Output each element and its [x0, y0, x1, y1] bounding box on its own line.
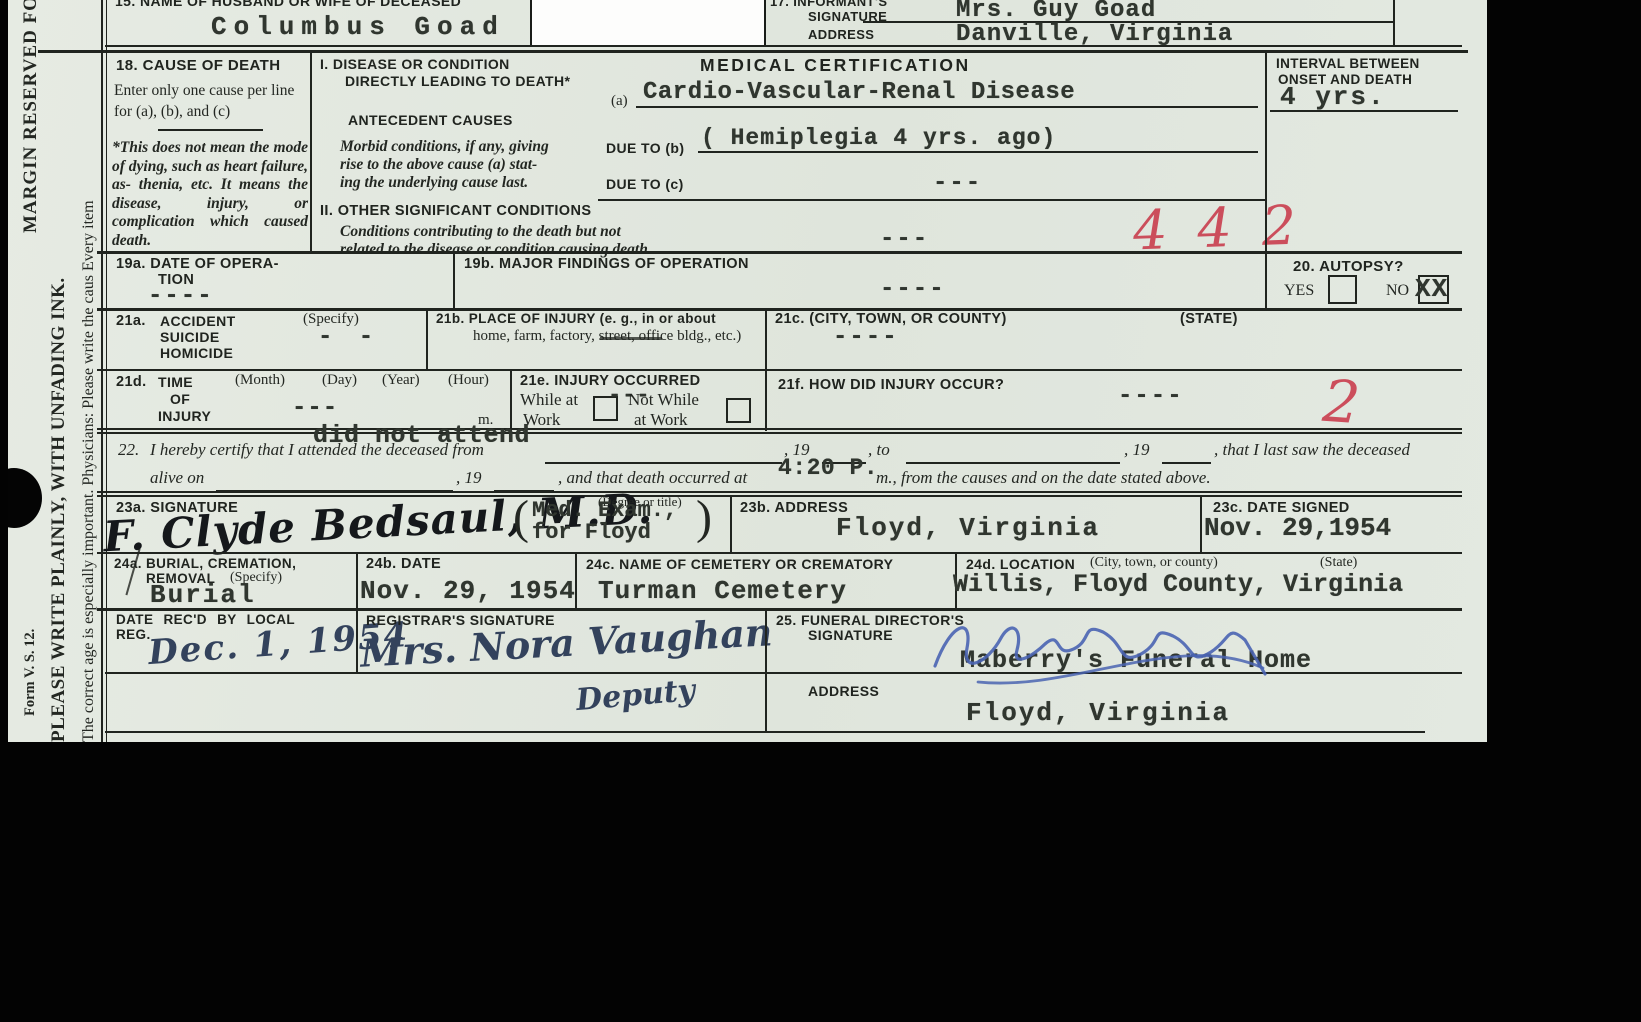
- due-to-c-value: ---: [933, 170, 982, 197]
- overtype-paren-open: (: [513, 490, 529, 545]
- how-injury-occur-value: ----: [1118, 383, 1184, 410]
- divider: [765, 609, 767, 733]
- overstrike-mark: [600, 337, 662, 340]
- other-conditions-note1: Conditions contributing to the death but…: [340, 223, 621, 241]
- certify-text-2a: alive on: [150, 468, 204, 488]
- interval-value: 4 yrs.: [1280, 82, 1386, 112]
- burial-cremation-label1: 24a. BURIAL, CREMATION,: [114, 556, 296, 571]
- certify-text-2c: , and that death occurred at: [558, 468, 747, 488]
- rule: [97, 369, 1462, 371]
- month-label: (Month): [235, 372, 285, 389]
- due-to-c-label: DUE TO (c): [606, 176, 684, 192]
- burial-date-value: Nov. 29, 1954: [360, 576, 576, 606]
- due-to-b-value: ( Hemiplegia 4 yrs. ago): [701, 125, 1056, 151]
- rule: [906, 462, 1120, 464]
- not-while-at-work-checkbox: [726, 398, 751, 423]
- time-label: TIME: [158, 374, 193, 390]
- informant-address-value: Danville, Virginia: [956, 21, 1233, 48]
- not-while-label: Not While: [628, 390, 699, 410]
- item21d-number: 21d.: [116, 374, 147, 390]
- form-number: Form V. S. 12.: [22, 629, 39, 716]
- rule: [1270, 110, 1458, 112]
- at-work-label: at Work: [634, 410, 688, 430]
- registrar-title-value: Deputy: [575, 673, 697, 718]
- certify-text-2d: m., from the causes and on the date stat…: [876, 468, 1211, 488]
- divider: [426, 310, 428, 370]
- divider: [575, 553, 577, 608]
- informant-header: 17. INFORMANT'S: [770, 0, 887, 9]
- scanned-death-certificate: MARGIN RESERVED FOR BI PLEASE WRITE PLAI…: [0, 0, 1641, 1022]
- location-state-label: (State): [1320, 555, 1357, 571]
- time-of-death-value: 4:20 P.: [778, 455, 878, 481]
- funeral-address-value: Floyd, Virginia: [966, 698, 1230, 728]
- while-at-label: While at: [520, 390, 578, 410]
- autopsy-no-mark: XX: [1415, 274, 1448, 304]
- date-of-operation-value: ----: [148, 283, 214, 310]
- heavy-rule: [38, 50, 1468, 54]
- cause-of-death-title: 18. CAUSE OF DEATH: [116, 57, 280, 74]
- heavy-rule: [97, 251, 1462, 254]
- handwritten-code-2: 2: [1321, 367, 1363, 437]
- husband-wife-label: 15. NAME OF HUSBAND OR WIFE OF DECEASED: [115, 0, 461, 9]
- rule: [97, 491, 1462, 493]
- did-not-attend-overtype: did not attend: [313, 421, 530, 450]
- due-to-b-label: DUE TO (b): [606, 140, 684, 156]
- rule: [636, 106, 1258, 108]
- rule: [698, 151, 1258, 153]
- funeral-director-signature: [923, 594, 1273, 694]
- item22-number: 22.: [118, 440, 139, 460]
- antecedent-causes-label: ANTECEDENT CAUSES: [348, 112, 513, 128]
- rule: [105, 731, 1425, 733]
- year-label: (Year): [382, 372, 420, 389]
- item21a-number: 21a.: [116, 313, 146, 329]
- time-of-injury-value: ---: [292, 395, 338, 422]
- place-of-injury-label1: 21b. PLACE OF INJURY (e. g., in or about: [436, 311, 716, 326]
- cemetery-value: Turman Cemetery: [598, 576, 847, 606]
- margin-rule-outer: [101, 0, 103, 742]
- divider: [765, 310, 767, 370]
- margin-inner-text: The correct age is especially important.…: [80, 200, 98, 742]
- autopsy-label: 20. AUTOPSY?: [1293, 258, 1404, 275]
- autopsy-yes-checkbox: [1328, 275, 1357, 304]
- state-label: (STATE): [1180, 311, 1238, 327]
- medical-certification-heading: MEDICAL CERTIFICATION: [700, 55, 971, 76]
- other-conditions-label: II. OTHER SIGNIFICANT CONDITIONS: [320, 203, 591, 219]
- divider: [1200, 497, 1202, 552]
- line-a-prefix: (a): [611, 93, 628, 110]
- hour-label: (Hour): [448, 372, 489, 389]
- suicide-label: SUICIDE: [160, 329, 220, 345]
- burial-date-label: 24b. DATE: [366, 556, 441, 572]
- margin-reserved-text: MARGIN RESERVED FOR BI: [20, 0, 42, 233]
- disease-condition-label2: DIRECTLY LEADING TO DEATH*: [345, 73, 570, 89]
- item21a-value: - -: [318, 324, 379, 351]
- rule: [105, 45, 1462, 47]
- rule: [545, 462, 782, 464]
- divider: [1393, 0, 1395, 46]
- rule: [97, 552, 1462, 554]
- of-label: OF: [170, 391, 190, 407]
- for-floyd-overtype: for Floyd: [532, 520, 651, 545]
- hole-punch: [8, 468, 42, 528]
- blank-white-box: [530, 0, 766, 46]
- how-injury-occur-label: 21f. HOW DID INJURY OCCUR?: [778, 377, 1004, 393]
- injury-label: INJURY: [158, 408, 211, 424]
- location-sub-label: (City, town, or county): [1090, 555, 1218, 571]
- interval-label1: INTERVAL BETWEEN: [1276, 56, 1420, 71]
- address-23b-value: Floyd, Virginia: [836, 513, 1100, 543]
- divider: [453, 253, 455, 309]
- rule: [158, 129, 263, 131]
- antecedent-note1: Morbid conditions, if any, giving: [340, 138, 549, 156]
- certificate-paper: MARGIN RESERVED FOR BI PLEASE WRITE PLAI…: [8, 0, 1487, 742]
- divider: [310, 52, 312, 251]
- homicide-label: HOMICIDE: [160, 345, 233, 361]
- divider: [730, 497, 732, 552]
- disease-condition-label1: I. DISEASE OR CONDITION: [320, 56, 510, 72]
- major-findings-label: 19b. MAJOR FINDINGS OF OPERATION: [464, 256, 749, 272]
- margin-rule-inner: [106, 0, 108, 742]
- address-23b-label: 23b. ADDRESS: [740, 500, 848, 516]
- divider: [765, 370, 767, 431]
- overtype-paren-close: ): [696, 490, 712, 545]
- certify-text-2b: , 19: [456, 468, 482, 488]
- funeral-director-label2: SIGNATURE: [808, 627, 893, 643]
- certify-text-1d: , 19: [1124, 440, 1150, 460]
- divider: [1265, 253, 1267, 309]
- day-label: (Day): [322, 372, 357, 389]
- autopsy-yes-label: YES: [1284, 282, 1314, 300]
- rule: [97, 428, 1462, 430]
- cemetery-label: 24c. NAME OF CEMETERY OR CREMATORY: [586, 556, 893, 572]
- husband-wife-value: Columbus Goad: [211, 12, 505, 42]
- rule: [97, 495, 1462, 497]
- divider: [356, 553, 358, 608]
- cause-of-death-note: *This does not mean the mode of dying, s…: [112, 139, 308, 250]
- date-signed-value: Nov. 29,1954: [1204, 513, 1391, 543]
- date-received-label2: REG.: [116, 627, 151, 642]
- other-conditions-value: ---: [880, 226, 929, 253]
- rule: [1162, 462, 1211, 464]
- margin-plainly-text: PLEASE WRITE PLAINLY, WITH UNFADING INK.: [48, 277, 70, 742]
- funeral-address-label: ADDRESS: [808, 683, 879, 699]
- major-findings-value: ----: [880, 276, 946, 303]
- antecedent-note3: ing the underlying cause last.: [340, 174, 528, 192]
- date-of-operation-label1: 19a. DATE OF OPERA-: [116, 256, 279, 272]
- certify-text-1e: , that I last saw the deceased: [1214, 440, 1410, 460]
- autopsy-no-label: NO: [1386, 282, 1409, 300]
- accident-label: ACCIDENT: [160, 313, 236, 329]
- cause-of-death-instruction: Enter only one cause per line for (a), (…: [114, 80, 306, 122]
- rule: [97, 432, 1462, 434]
- antecedent-note2: rise to the above cause (a) stat-: [340, 156, 537, 174]
- burial-value: Burial: [150, 580, 256, 610]
- informant-address-label: ADDRESS: [808, 27, 874, 42]
- cause-a-value: Cardio-Vascular-Renal Disease: [643, 79, 1075, 106]
- divider: [356, 609, 358, 672]
- city-town-county-value: ----: [833, 324, 899, 351]
